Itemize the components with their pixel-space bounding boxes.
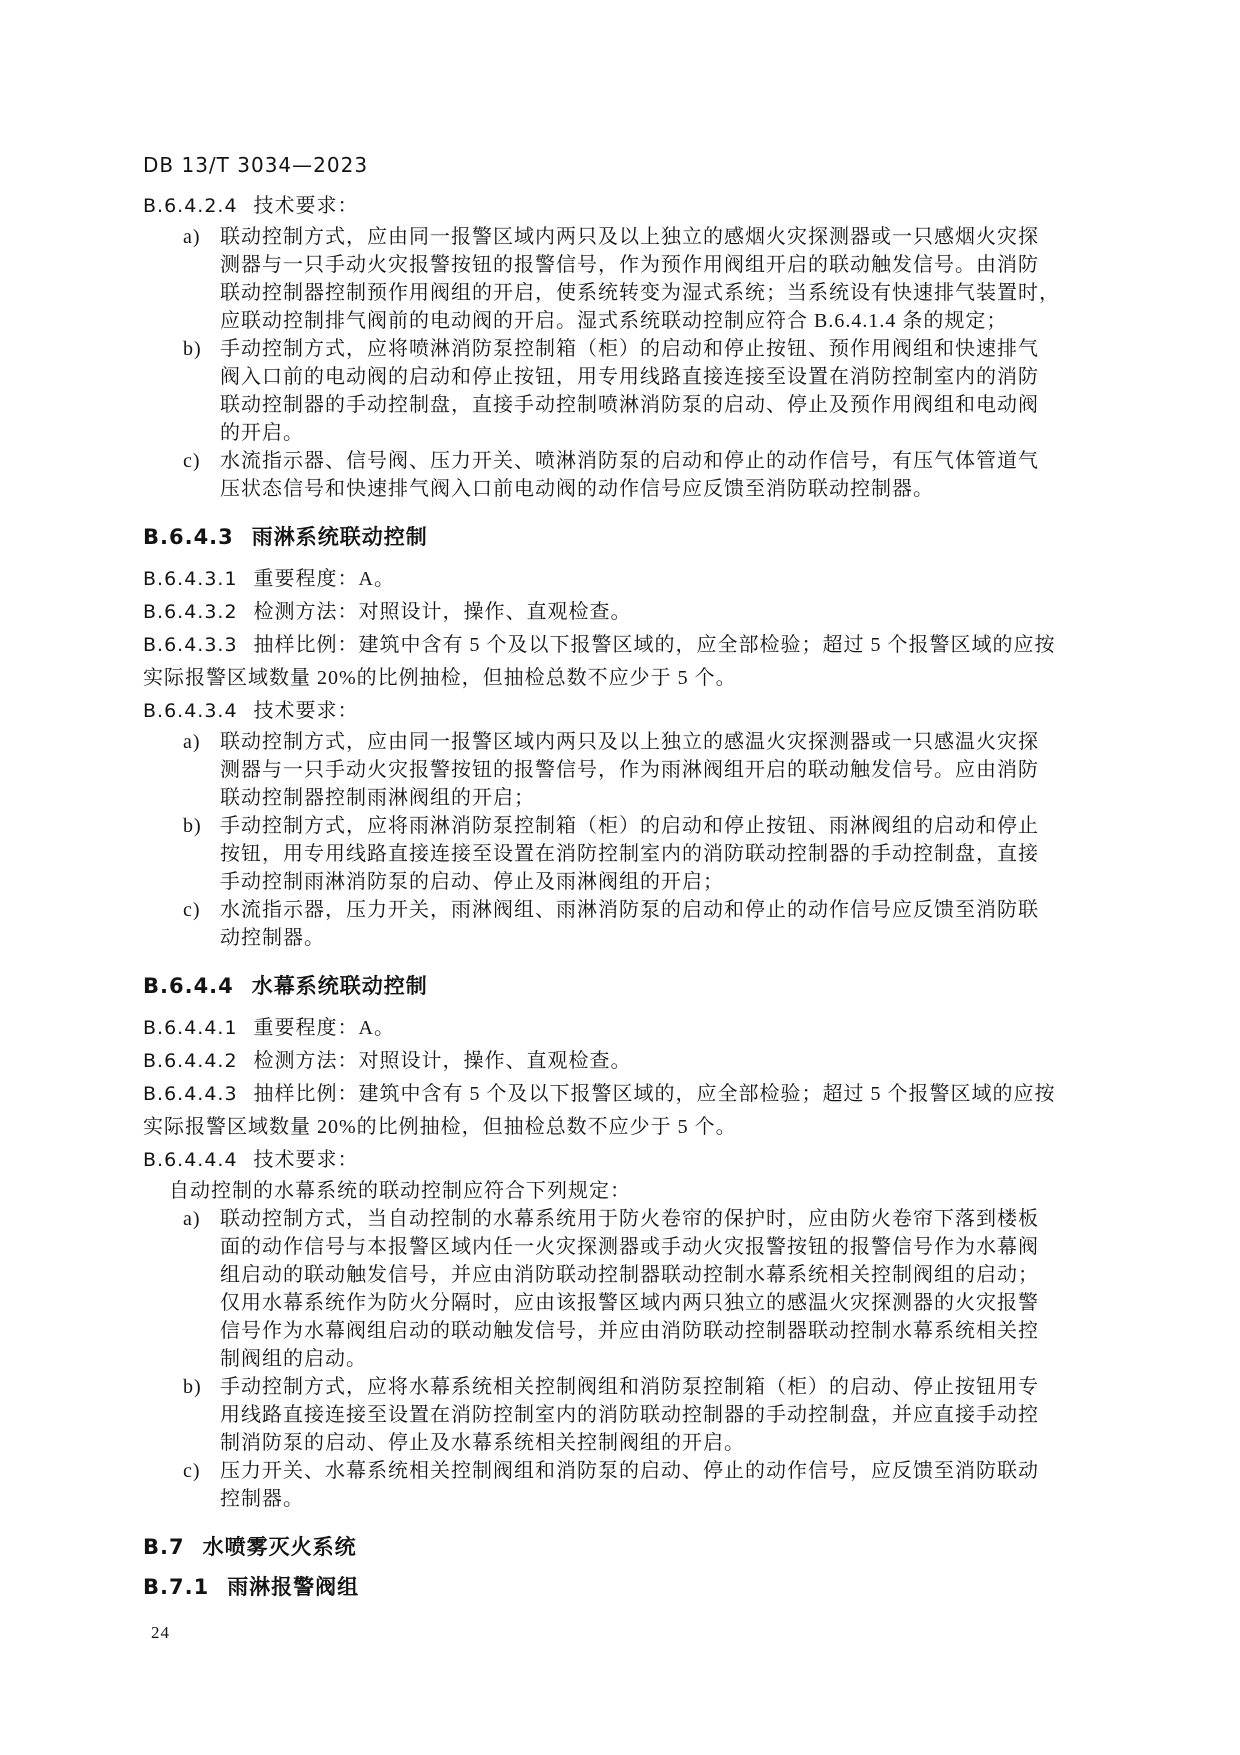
list-item-text: 压力开关、水幕系统相关控制阀组和消防泵的启动、停止的动作信号，应反馈至消防联动 … xyxy=(220,1457,1120,1513)
list-marker: c) xyxy=(183,1457,220,1513)
section-heading-b644: B.6.4.4 水幕系统联动控制 xyxy=(143,972,1120,1000)
list-item: b) 手动控制方式，应将喷淋消防泵控制箱（柜）的启动和停止按钮、预作用阀组和快速… xyxy=(183,335,1120,447)
section-heading-b7: B.7 水喷雾灭火系统 xyxy=(143,1533,1120,1561)
section-heading-b71: B.7.1 雨淋报警阀组 xyxy=(143,1573,1120,1601)
list-item-text: 手动控制方式，应将水幕系统相关控制阀组和消防泵控制箱（柜）的启动、停止按钮用专 … xyxy=(220,1373,1120,1457)
list-item: c) 水流指示器，压力开关，雨淋阀组、雨淋消防泵的启动和停止的动作信号应反馈至消… xyxy=(183,896,1120,952)
list-item: a) 联动控制方式，应由同一报警区域内两只及以上独立的感烟火灾探测器或一只感烟火… xyxy=(183,223,1120,335)
list-item-text: 水流指示器、信号阀、压力开关、喷淋消防泵的启动和停止的动作信号，有压气体管道气 … xyxy=(220,447,1120,503)
list-item: a) 联动控制方式，当自动控制的水幕系统用于防火卷帘的保护时，应由防火卷帘下落到… xyxy=(183,1205,1120,1373)
list-marker: a) xyxy=(183,728,220,812)
list-item: a) 联动控制方式，应由同一报警区域内两只及以上独立的感温火灾探测器或一只感温火… xyxy=(183,728,1120,812)
clause-number: B.6.4.4.2 xyxy=(143,1050,238,1072)
list-item-text: 联动控制方式，当自动控制的水幕系统用于防火卷帘的保护时，应由防火卷帘下落到楼板 … xyxy=(220,1205,1120,1373)
list-item: b) 手动控制方式，应将雨淋消防泵控制箱（柜）的启动和停止按钮、雨淋阀组的启动和… xyxy=(183,812,1120,896)
heading-number: B.6.4.3 xyxy=(143,523,234,551)
clause-text: 抽样比例：建筑中含有 5 个及以下报警区域的，应全部检验；超过 5 个报警区域的… xyxy=(143,634,1056,689)
clause-text: 技术要求： xyxy=(254,700,359,722)
list-marker: b) xyxy=(183,1373,220,1457)
list-item-text: 手动控制方式，应将喷淋消防泵控制箱（柜）的启动和停止按钮、预作用阀组和快速排气 … xyxy=(220,335,1120,447)
clause-b6443: B.6.4.4.3抽样比例：建筑中含有 5 个及以下报警区域的，应全部检验；超过… xyxy=(143,1078,1120,1144)
heading-number: B.6.4.4 xyxy=(143,972,234,1000)
clause-number: B.6.4.4.4 xyxy=(143,1149,238,1171)
clause-number: B.6.4.4.3 xyxy=(143,1083,238,1105)
clause-b6441: B.6.4.4.1重要程度：A。 xyxy=(143,1012,1120,1045)
list-b6444: a) 联动控制方式，当自动控制的水幕系统用于防火卷帘的保护时，应由防火卷帘下落到… xyxy=(183,1205,1120,1513)
section-heading-b643: B.6.4.3 雨淋系统联动控制 xyxy=(143,523,1120,551)
clause-number: B.6.4.3.1 xyxy=(143,568,238,590)
list-marker: a) xyxy=(183,223,220,335)
list-marker: b) xyxy=(183,335,220,447)
clause-text: 抽样比例：建筑中含有 5 个及以下报警区域的，应全部检验；超过 5 个报警区域的… xyxy=(143,1083,1056,1138)
list-marker: c) xyxy=(183,896,220,952)
list-item: c) 水流指示器、信号阀、压力开关、喷淋消防泵的启动和停止的动作信号，有压气体管… xyxy=(183,447,1120,503)
clause-b6442: B.6.4.4.2检测方法：对照设计，操作、直观检查。 xyxy=(143,1045,1120,1078)
heading-title: 水幕系统联动控制 xyxy=(252,972,428,1000)
clause-b6434: B.6.4.3.4技术要求： xyxy=(143,695,1120,728)
list-item-text: 水流指示器，压力开关，雨淋阀组、雨淋消防泵的启动和停止的动作信号应反馈至消防联 … xyxy=(220,896,1120,952)
list-item-text: 联动控制方式，应由同一报警区域内两只及以上独立的感温火灾探测器或一只感温火灾探 … xyxy=(220,728,1120,812)
clause-number: B.6.4.3.3 xyxy=(143,634,238,656)
list-b6424: a) 联动控制方式，应由同一报警区域内两只及以上独立的感烟火灾探测器或一只感烟火… xyxy=(183,223,1120,503)
list-item-text: 联动控制方式，应由同一报警区域内两只及以上独立的感烟火灾探测器或一只感烟火灾探 … xyxy=(220,223,1120,335)
list-marker: a) xyxy=(183,1205,220,1373)
clause-intro-text: 自动控制的水幕系统的联动控制应符合下列规定： xyxy=(169,1177,1120,1205)
clause-b6424: B.6.4.2.4技术要求： xyxy=(143,190,1120,223)
clause-text: 技术要求： xyxy=(254,1149,359,1171)
standard-code: DB 13/T 3034—2023 xyxy=(143,152,1120,178)
heading-number: B.7.1 xyxy=(143,1573,209,1601)
list-b6434: a) 联动控制方式，应由同一报警区域内两只及以上独立的感温火灾探测器或一只感温火… xyxy=(183,728,1120,952)
heading-title: 水喷雾灭火系统 xyxy=(203,1533,357,1561)
list-marker: c) xyxy=(183,447,220,503)
clause-number: B.6.4.4.1 xyxy=(143,1017,238,1039)
heading-title: 雨淋系统联动控制 xyxy=(252,523,428,551)
heading-title: 雨淋报警阀组 xyxy=(227,1573,359,1601)
list-item: c) 压力开关、水幕系统相关控制阀组和消防泵的启动、停止的动作信号，应反馈至消防… xyxy=(183,1457,1120,1513)
clause-text: 重要程度：A。 xyxy=(254,1017,395,1039)
clause-b6432: B.6.4.3.2检测方法：对照设计，操作、直观检查。 xyxy=(143,596,1120,629)
list-marker: b) xyxy=(183,812,220,896)
clause-text: 技术要求： xyxy=(254,195,359,217)
document-page: DB 13/T 3034—2023 B.6.4.2.4技术要求： a) 联动控制… xyxy=(0,0,1240,1755)
clause-number: B.6.4.2.4 xyxy=(143,195,238,217)
clause-text: 检测方法：对照设计，操作、直观检查。 xyxy=(254,1050,632,1072)
page-number: 24 xyxy=(151,1621,1120,1645)
clause-number: B.6.4.3.2 xyxy=(143,601,238,623)
clause-b6444: B.6.4.4.4技术要求： xyxy=(143,1144,1120,1177)
clause-b6431: B.6.4.3.1重要程度：A。 xyxy=(143,563,1120,596)
heading-number: B.7 xyxy=(143,1533,185,1561)
clause-b6433: B.6.4.3.3抽样比例：建筑中含有 5 个及以下报警区域的，应全部检验；超过… xyxy=(143,629,1120,695)
clause-number: B.6.4.3.4 xyxy=(143,700,238,722)
clause-text: 重要程度：A。 xyxy=(254,568,395,590)
list-item-text: 手动控制方式，应将雨淋消防泵控制箱（柜）的启动和停止按钮、雨淋阀组的启动和停止 … xyxy=(220,812,1120,896)
list-item: b) 手动控制方式，应将水幕系统相关控制阀组和消防泵控制箱（柜）的启动、停止按钮… xyxy=(183,1373,1120,1457)
clause-text: 检测方法：对照设计，操作、直观检查。 xyxy=(254,601,632,623)
